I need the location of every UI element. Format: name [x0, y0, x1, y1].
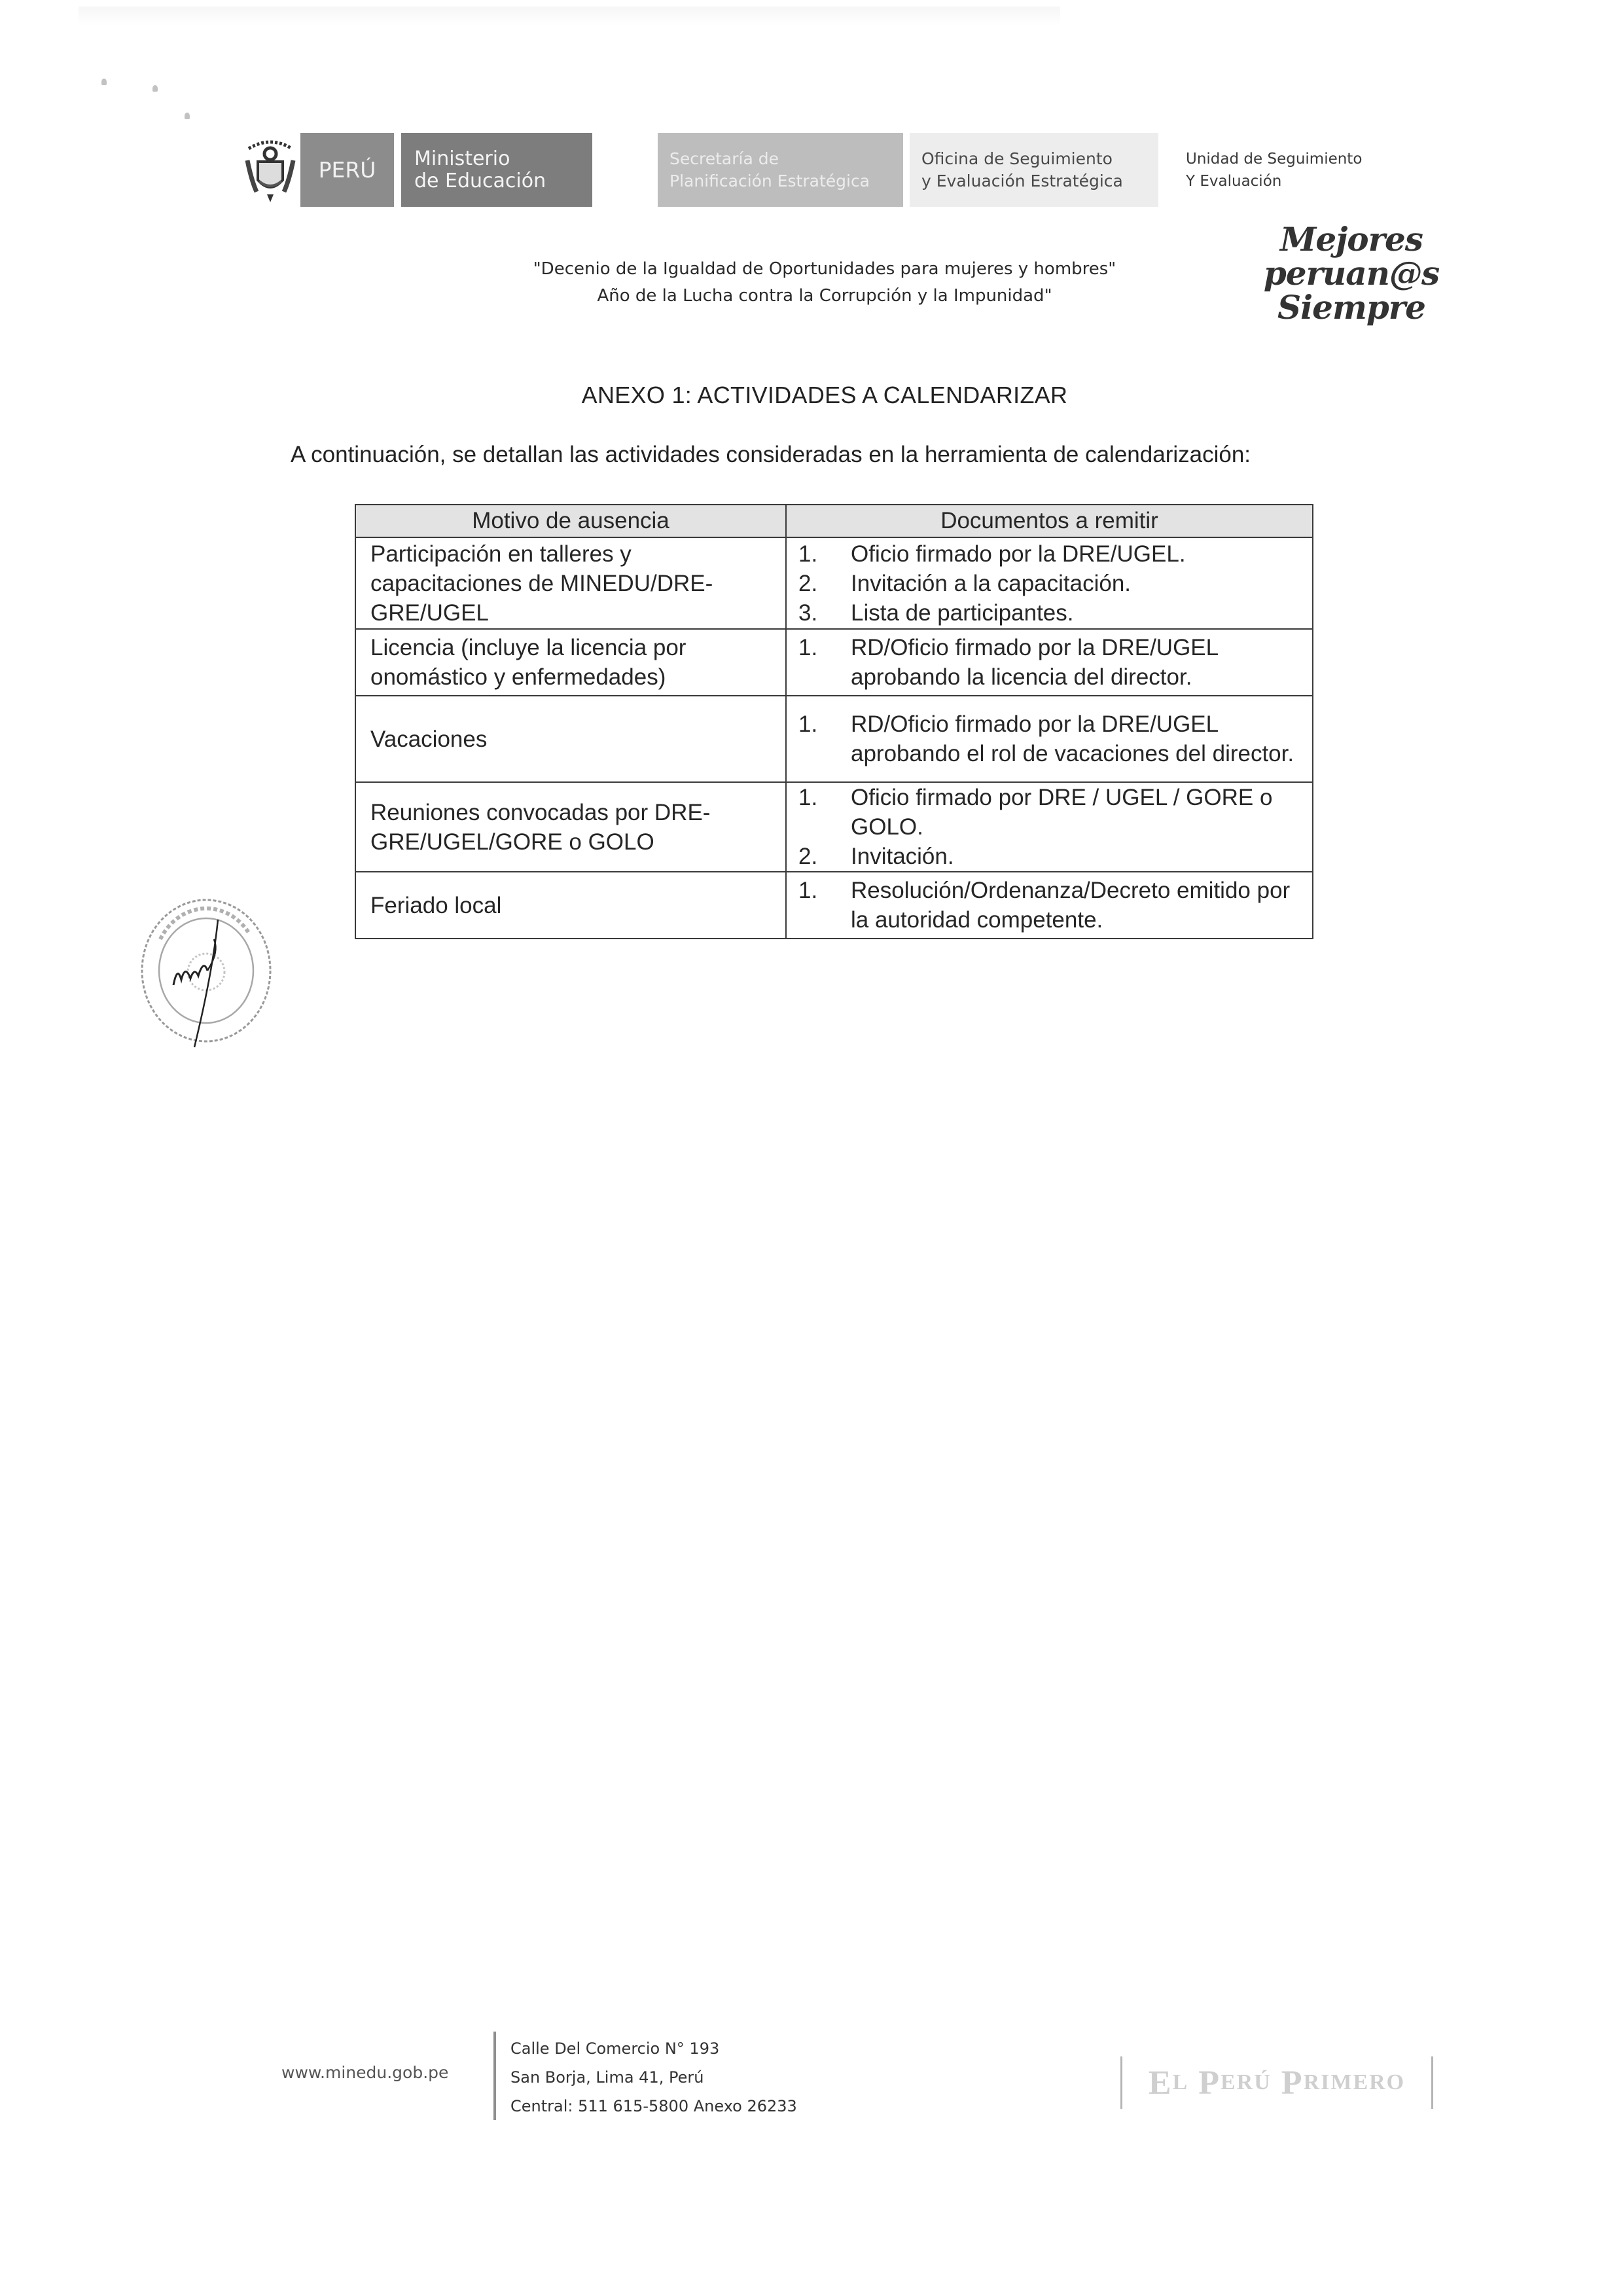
document-item: 2.Invitación.: [794, 842, 1312, 871]
document-item: 1.RD/Oficio firmado por la DRE/UGEL apro…: [794, 709, 1312, 768]
brand-slogan-line2: peruan@s: [1263, 257, 1440, 291]
brand-letters: ERÚ: [1221, 2070, 1272, 2095]
header-country: PERÚ: [319, 157, 376, 183]
footer-address-line2: San Borja, Lima 41, Perú: [510, 2063, 797, 2092]
item-text: Lista de participantes.: [851, 598, 1312, 628]
brand-letter: P: [1281, 2064, 1304, 2102]
documentos-cell: 1.Oficio firmado por la DRE/UGEL. 2.Invi…: [786, 537, 1313, 629]
header-country-box: PERÚ: [300, 133, 394, 207]
document-item: 1.Oficio firmado por DRE / UGEL / GORE o…: [794, 783, 1312, 842]
header-secretariat-box: Secretaría de Planificación Estratégica: [658, 133, 903, 207]
brand-slogan-line1: Mejores: [1263, 223, 1440, 257]
document-intro: A continuación, se detallan las activida…: [291, 442, 1251, 468]
document-item: 1.Resolución/Ordenanza/Decreto emitido p…: [794, 876, 1312, 935]
activities-table: Motivo de ausencia Documentos a remitir …: [355, 504, 1313, 939]
header-ministry-line1: Ministerio: [414, 148, 592, 170]
column-header-documentos: Documentos a remitir: [786, 505, 1313, 537]
document-item: 1.RD/Oficio firmado por la DRE/UGEL apro…: [794, 633, 1312, 692]
table-row: Participación en talleres y capacitacion…: [355, 537, 1313, 629]
item-number: 1.: [794, 876, 851, 935]
official-seal-with-signature-icon: [134, 893, 291, 1050]
document-title: ANEXO 1: ACTIVIDADES A CALENDARIZAR: [353, 382, 1296, 409]
documentos-cell: 1.RD/Oficio firmado por la DRE/UGEL apro…: [786, 696, 1313, 782]
footer-address: Calle Del Comercio N° 193 San Borja, Lim…: [510, 2034, 797, 2121]
item-number: 1.: [794, 539, 851, 569]
documentos-cell: 1.RD/Oficio firmado por la DRE/UGEL apro…: [786, 629, 1313, 696]
header-office-line2: y Evaluación Estratégica: [921, 170, 1158, 192]
motivo-cell: Participación en talleres y capacitacion…: [355, 537, 786, 629]
document-item: 2.Invitación a la capacitación.: [794, 569, 1312, 598]
header-office-box: Oficina de Seguimiento y Evaluación Estr…: [910, 133, 1158, 207]
documentos-cell: 1.Resolución/Ordenanza/Decreto emitido p…: [786, 872, 1313, 939]
footer-website: www.minedu.gob.pe: [281, 2063, 448, 2082]
motivo-cell: Licencia (incluye la licencia por onomás…: [355, 629, 786, 696]
item-text: Resolución/Ordenanza/Decreto emitido por…: [851, 876, 1312, 935]
brand-letter: P: [1198, 2064, 1221, 2102]
table-row: Feriado local 1.Resolución/Ordenanza/Dec…: [355, 872, 1313, 939]
table-row: Reuniones convocadas por DRE-GRE/UGEL/GO…: [355, 782, 1313, 872]
table-header-row: Motivo de ausencia Documentos a remitir: [355, 505, 1313, 537]
item-text: RD/Oficio firmado por la DRE/UGEL aproba…: [851, 709, 1312, 768]
footer-divider: [493, 2032, 496, 2120]
document-item: 3.Lista de participantes.: [794, 598, 1312, 628]
motivo-cell: Reuniones convocadas por DRE-GRE/UGEL/GO…: [355, 782, 786, 872]
header-ministry-line2: de Educación: [414, 170, 592, 192]
motto-line-1: "Decenio de la Igualdad de Oportunidades…: [393, 259, 1257, 279]
peru-coat-of-arms-icon: [243, 134, 297, 206]
item-text: Oficio firmado por la DRE/UGEL.: [851, 539, 1312, 569]
footer-address-line3: Central: 511 615-5800 Anexo 26233: [510, 2092, 797, 2121]
brand-slogan-line3: Siempre: [1263, 291, 1440, 325]
brand-slogan: Mejores peruan@s Siempre: [1263, 223, 1440, 325]
scan-shadow: [79, 7, 1060, 26]
documentos-cell: 1.Oficio firmado por DRE / UGEL / GORE o…: [786, 782, 1313, 872]
item-text: Oficio firmado por DRE / UGEL / GORE o G…: [851, 783, 1312, 842]
item-number: 1.: [794, 783, 851, 842]
motivo-cell: Feriado local: [355, 872, 786, 939]
item-number: 1.: [794, 633, 851, 692]
item-number: 3.: [794, 598, 851, 628]
header-unit-line2: Y Evaluación: [1186, 170, 1408, 192]
header-secretariat-line2: Planificación Estratégica: [669, 170, 903, 192]
footer-address-line1: Calle Del Comercio N° 193: [510, 2034, 797, 2063]
item-text: Invitación.: [851, 842, 1312, 871]
footer-brand-logo: EL PERÚ PRIMERO: [1120, 2056, 1433, 2109]
item-text: Invitación a la capacitación.: [851, 569, 1312, 598]
brand-letters: L: [1173, 2070, 1189, 2095]
item-number: 1.: [794, 709, 851, 768]
header-unit-line1: Unidad de Seguimiento: [1186, 148, 1408, 170]
motivo-cell: Vacaciones: [355, 696, 786, 782]
scan-speck: [152, 85, 158, 92]
header-ministry-box: Ministerio de Educación: [401, 133, 592, 207]
item-number: 2.: [794, 569, 851, 598]
brand-letters: RIMERO: [1304, 2070, 1406, 2095]
column-header-motivo: Motivo de ausencia: [355, 505, 786, 537]
table-row: Licencia (incluye la licencia por onomás…: [355, 629, 1313, 696]
scan-speck: [101, 79, 107, 85]
table-row: Vacaciones 1.RD/Oficio firmado por la DR…: [355, 696, 1313, 782]
header-secretariat-line1: Secretaría de: [669, 148, 903, 170]
scan-speck: [185, 113, 190, 119]
item-number: 2.: [794, 842, 851, 871]
brand-letter: E: [1149, 2064, 1173, 2102]
motto-line-2: Año de la Lucha contra la Corrupción y l…: [393, 286, 1257, 306]
item-text: RD/Oficio firmado por la DRE/UGEL aproba…: [851, 633, 1312, 692]
header-office-line1: Oficina de Seguimiento: [921, 148, 1158, 170]
header-unit-box: Unidad de Seguimiento Y Evaluación: [1186, 133, 1408, 207]
document-item: 1.Oficio firmado por la DRE/UGEL.: [794, 539, 1312, 569]
